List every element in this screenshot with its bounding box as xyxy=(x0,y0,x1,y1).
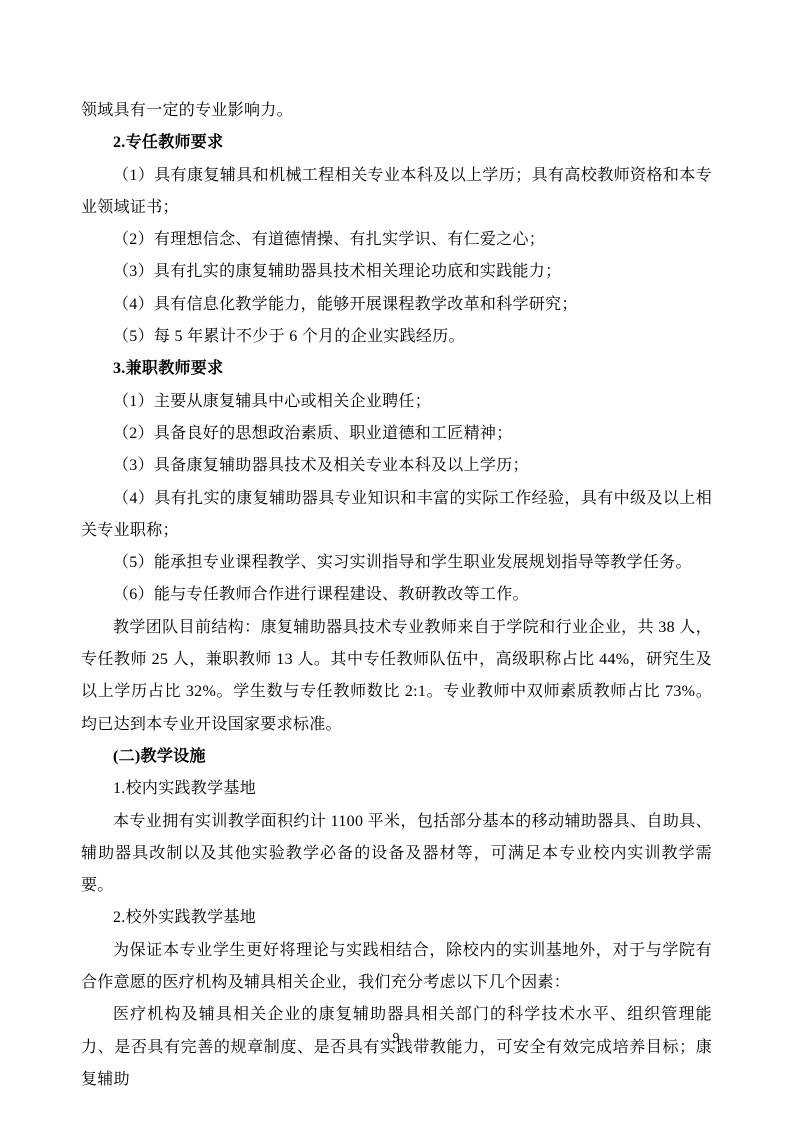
subheading-off-campus-practice-base: 2.校外实践教学基地 xyxy=(81,902,712,934)
parttime-requirement-item-3: （3）具备康复辅助器具技术及相关专业本科及以上学历； xyxy=(81,450,712,482)
paragraph-teaching-team-structure: 教学团队目前结构：康复辅助器具技术专业教师来自于学院和行业企业，共 38 人，专… xyxy=(81,612,712,741)
parttime-requirement-item-4: （4）具有扎实的康复辅助器具专业知识和丰富的实际工作经验，具有中级及以上相关专业… xyxy=(81,483,712,548)
fulltime-requirement-item-1: （1）具有康复辅具和机械工程相关专业本科及以上学历；具有高校教师资格和本专业领域… xyxy=(81,160,712,225)
fulltime-requirement-item-5: （5）每 5 年累计不少于 6 个月的企业实践经历。 xyxy=(81,321,712,353)
fulltime-requirement-item-4: （4）具有信息化教学能力，能够开展课程教学改革和科学研究； xyxy=(81,289,712,321)
heading-parttime-teacher-requirements: 3.兼职教师要求 xyxy=(81,353,712,385)
paragraph-influence-continuation: 领域具有一定的专业影响力。 xyxy=(81,95,712,127)
paragraph-on-campus-practice-base: 本专业拥有实训教学面积约计 1100 平米，包括部分基本的移动辅助器具、自助具、… xyxy=(81,806,712,903)
parttime-requirement-item-5: （5）能承担专业课程教学、实习实训指导和学生职业发展规划指导等教学任务。 xyxy=(81,547,712,579)
paragraph-off-campus-base-intro: 为保证本专业学生更好将理论与实践相结合，除校内的实训基地外，对于与学院有合作意愿… xyxy=(81,935,712,1000)
page-number: 9 xyxy=(0,1030,792,1048)
subheading-on-campus-practice-base: 1.校内实践教学基地 xyxy=(81,773,712,805)
document-body: 领域具有一定的专业影响力。 2.专任教师要求 （1）具有康复辅具和机械工程相关专… xyxy=(81,95,712,1096)
fulltime-requirement-item-3: （3）具有扎实的康复辅助器具技术相关理论功底和实践能力； xyxy=(81,256,712,288)
parttime-requirement-item-2: （2）具备良好的思想政治素质、职业道德和工匠精神； xyxy=(81,418,712,450)
parttime-requirement-item-6: （6）能与专任教师合作进行课程建设、教研教改等工作。 xyxy=(81,579,712,611)
document-page: 领域具有一定的专业影响力。 2.专任教师要求 （1）具有康复辅具和机械工程相关专… xyxy=(0,0,792,1121)
fulltime-requirement-item-2: （2）有理想信念、有道德情操、有扎实学识、有仁爱之心； xyxy=(81,224,712,256)
heading-teaching-facilities: (二)教学设施 xyxy=(81,741,712,773)
heading-fulltime-teacher-requirements: 2.专任教师要求 xyxy=(81,127,712,159)
parttime-requirement-item-1: （1）主要从康复辅具中心或相关企业聘任； xyxy=(81,386,712,418)
